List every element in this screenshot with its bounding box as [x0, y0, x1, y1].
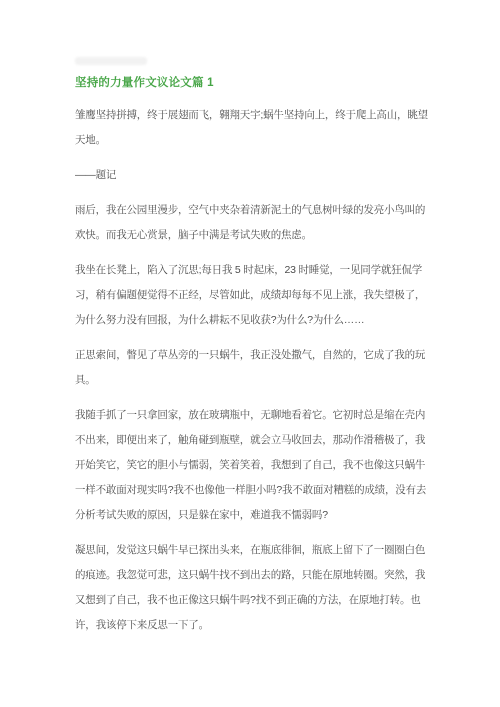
text-line: 凝思间，发觉这只蜗牛早已探出头来，在瓶底徘徊，瓶底上留下了一圈圈白色 [75, 538, 425, 563]
paragraph-1: 雏鹰坚持拼搏，终于展翅而飞，翱翔天宇;蜗牛坚持向上，终于爬上高山，眺望 天地。 [75, 103, 425, 153]
text-line: 的痕迹。我忽觉可悲，这只蜗牛找不到出去的路，只能在原地转圈。突然，我 [75, 563, 425, 588]
paragraph-6: 凝思间，发觉这只蜗牛早已探出头来，在瓶底徘徊，瓶底上留下了一圈圈白色 的痕迹。我… [75, 538, 425, 638]
text-line: 雏鹰坚持拼搏，终于展翅而飞，翱翔天宇;蜗牛坚持向上，终于爬上高山，眺望 [75, 103, 425, 128]
text-line: 为什么努力没有回报，为什么耕耘不见收获?为什么?为什么…… [75, 308, 425, 333]
text-line: 分析考试失败的原因，只是躲在家中，难道我不懦弱吗? [75, 503, 425, 528]
essay-body: 雏鹰坚持拼搏，终于展翅而飞，翱翔天宇;蜗牛坚持向上，终于爬上高山，眺望 天地。 … [75, 103, 425, 638]
paragraph-4: 正思索间，瞥见了草丛旁的一只蜗牛，我正没处撒气，自然的，它成了我的玩 具。 [75, 343, 425, 393]
essay-page: 坚持的力量作文议论文篇 1 雏鹰坚持拼搏，终于展翅而飞，翱翔天宇;蜗牛坚持向上，… [0, 0, 500, 707]
text-line: 我随手抓了一只拿回家，放在玻璃瓶中，无聊地看着它。它初时总是缩在壳内 [75, 403, 425, 428]
text-line: 我坐在长凳上，陷入了沉思;每日我 5 时起床，23 时睡觉，一见同学就狂侃学 [75, 258, 425, 283]
text-line: 习，稍有偏题便觉得不正经，尽管如此，成绩却每每不见上涨，我失望极了， [75, 283, 425, 308]
text-line: 天地。 [75, 128, 425, 153]
text-line: 具。 [75, 368, 425, 393]
paragraph-epigraph: ——题记 [75, 163, 425, 188]
text-line: 又想到了自己，我不也正像这只蜗牛吗?找不到正确的方法，在原地打转。也 [75, 588, 425, 613]
paragraph-2: 雨后，我在公园里漫步，空气中夹杂着清新泥土的气息树叶绿的发亮小鸟叫的 欢快。而我… [75, 198, 425, 248]
text-line: 不出来，即便出来了，触角碰到瓶壁，就会立马收回去，那动作滑稽极了，我 [75, 428, 425, 453]
essay-title: 坚持的力量作文议论文篇 1 [75, 71, 425, 96]
text-line: 欢快。而我无心赏景，脑子中满是考试失败的焦虑。 [75, 223, 425, 248]
text-line: 正思索间，瞥见了草丛旁的一只蜗牛，我正没处撒气，自然的，它成了我的玩 [75, 343, 425, 368]
text-line: 一样不敢面对现实吗?我不也像他一样胆小吗?我不敢面对糟糕的成绩，没有去 [75, 478, 425, 503]
paragraph-3: 我坐在长凳上，陷入了沉思;每日我 5 时起床，23 时睡觉，一见同学就狂侃学 习… [75, 258, 425, 333]
paragraph-5: 我随手抓了一只拿回家，放在玻璃瓶中，无聊地看着它。它初时总是缩在壳内 不出来，即… [75, 403, 425, 528]
text-line: 许，我该停下来反思一下了。 [75, 613, 425, 638]
text-line: 雨后，我在公园里漫步，空气中夹杂着清新泥土的气息树叶绿的发亮小鸟叫的 [75, 198, 425, 223]
text-line: ——题记 [75, 163, 425, 188]
faded-watermark [75, 57, 147, 65]
text-line: 开始笑它，笑它的胆小与懦弱，笑着笑着，我想到了自己，我不也像这只蜗牛 [75, 453, 425, 478]
